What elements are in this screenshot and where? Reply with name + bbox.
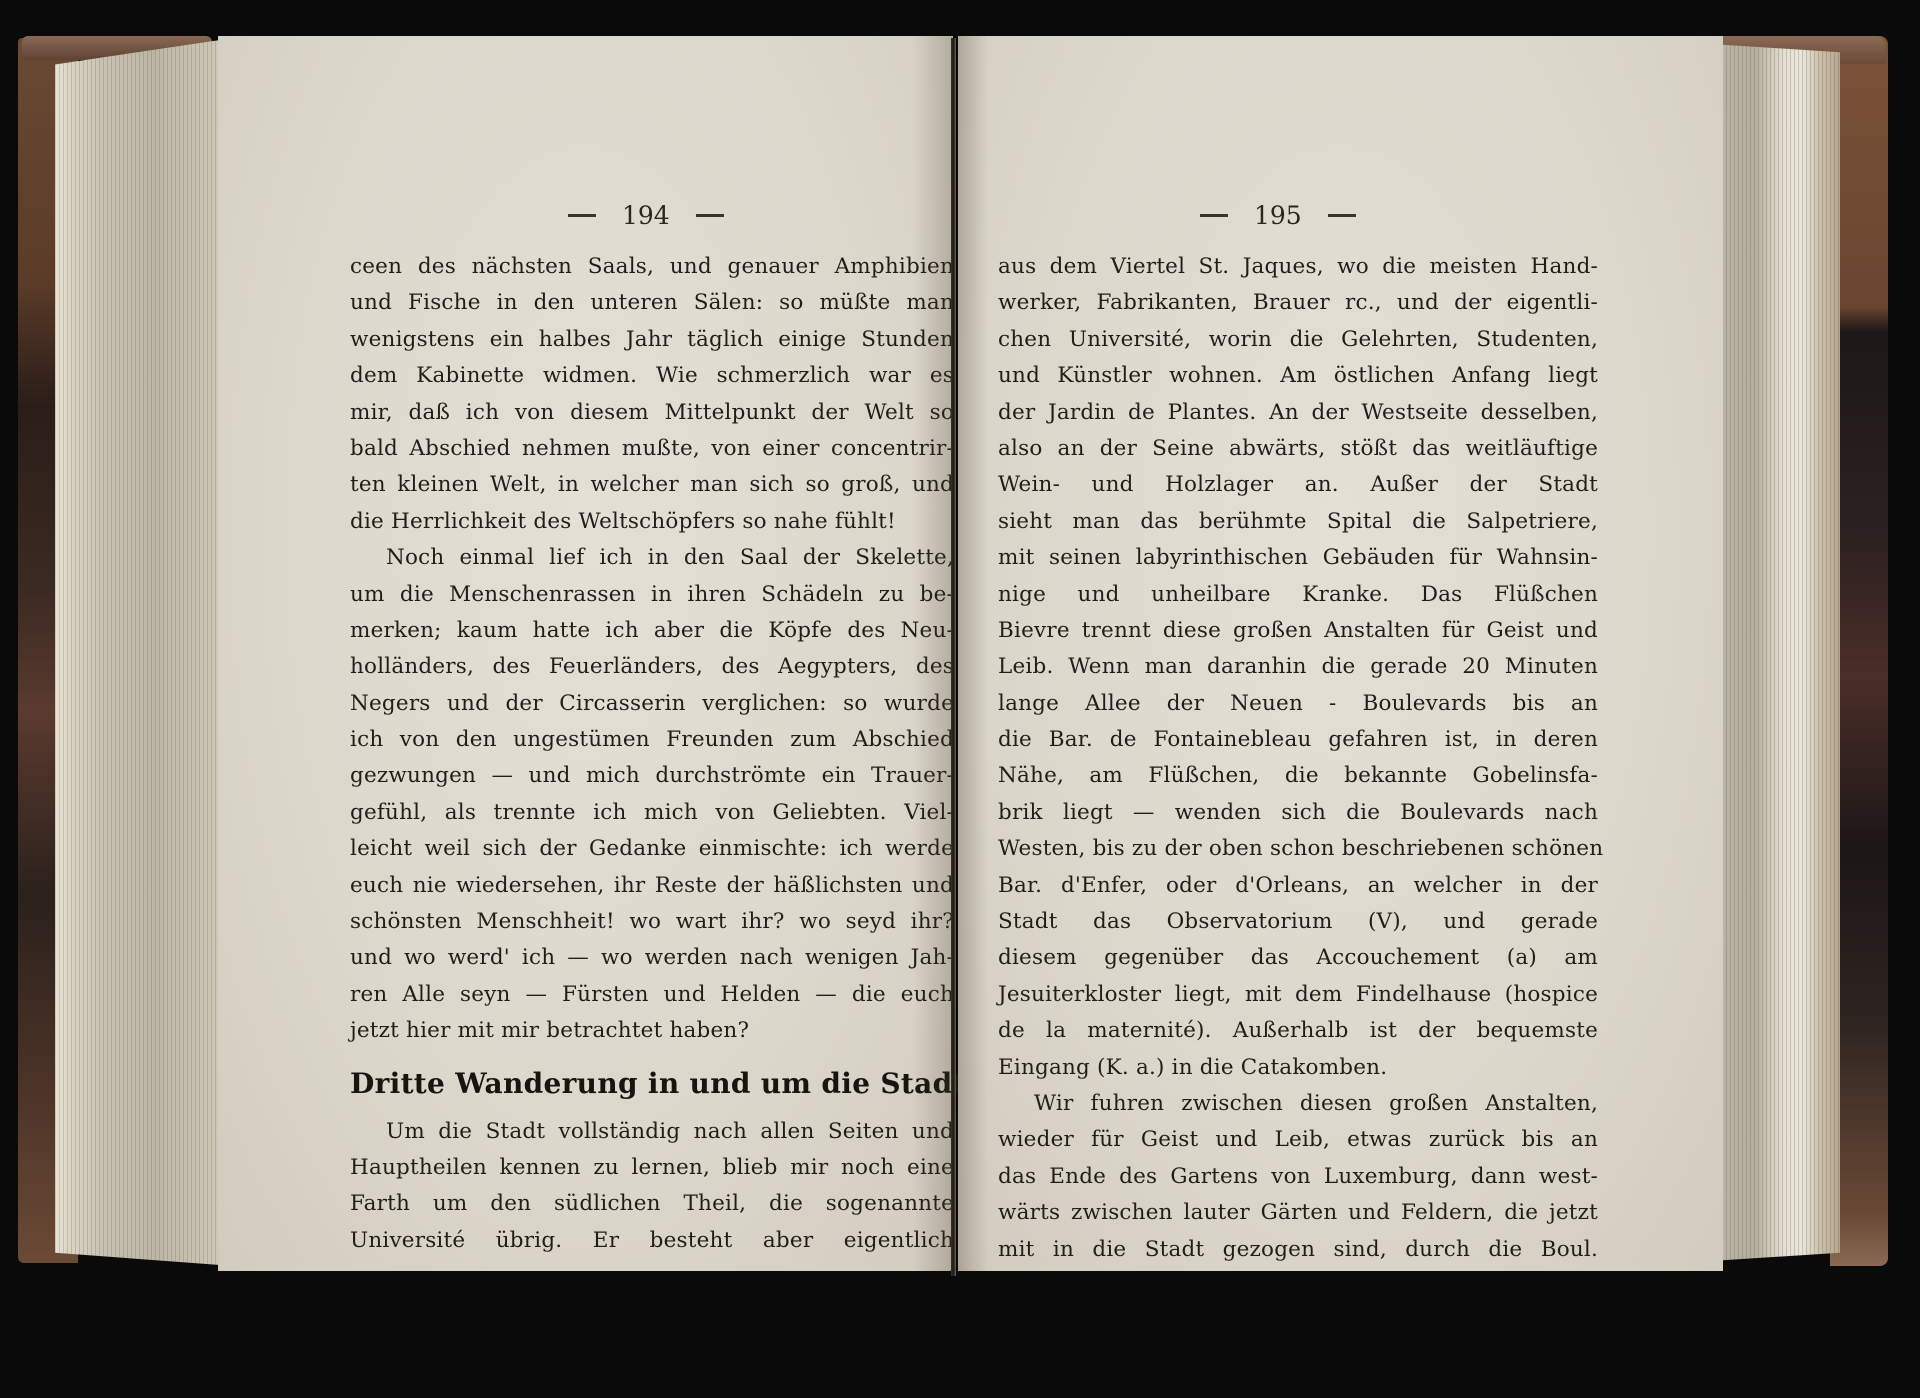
left-page-block-edge: [55, 40, 220, 1265]
text-line: merken; kaum hatte ich aber die Köpfe de…: [350, 613, 954, 649]
text-line: Eingang (K. a.) in die Catakomben.: [998, 1050, 1598, 1086]
book-gutter: [951, 38, 956, 1276]
text-line: gefühl, als trennte ich mich von Geliebt…: [350, 795, 954, 831]
text-line: Westen, bis zu der oben schon beschriebe…: [998, 831, 1598, 867]
text-line: diesem gegenüber das Accouchement (a) am: [998, 940, 1598, 976]
text-line: Nähe, am Flüßchen, die bekannte Gobelins…: [998, 758, 1598, 794]
text-line: brik liegt — wenden sich die Boulevards …: [998, 795, 1598, 831]
text-line: die Bar. de Fontainebleau gefahren ist, …: [998, 722, 1598, 758]
text-line: dem Kabinette widmen. Wie schmerzlich wa…: [350, 358, 954, 394]
page-number: 195: [1254, 201, 1302, 230]
text-line: holländers, des Feuerländers, des Aegypt…: [350, 649, 954, 685]
text-line: Wein- und Holzlager an. Außer der Stadt: [998, 467, 1598, 503]
text-line: und wo werd' ich — wo werden nach wenige…: [350, 940, 954, 976]
text-line: das Ende des Gartens von Luxemburg, dann…: [998, 1159, 1598, 1195]
text-line: Bievre trennt diese großen Anstalten für…: [998, 613, 1598, 649]
text-line: Stadt das Observatorium (V), und gerade: [998, 904, 1598, 940]
open-book: 194 ceen des nächsten Saals, und genauer…: [0, 0, 1920, 1398]
text-line: wenigstens ein halbes Jahr täglich einig…: [350, 322, 954, 358]
left-page: 194 ceen des nächsten Saals, und genauer…: [218, 36, 953, 1271]
paragraph-start-line: Um die Stadt vollständig nach allen Seit…: [350, 1114, 954, 1150]
text-line: die Herrlichkeit des Weltschöpfers so na…: [350, 504, 954, 540]
text-line: mir, daß ich von diesem Mittelpunkt der …: [350, 395, 954, 431]
text-line: gezwungen — und mich durchströmte ein Tr…: [350, 758, 954, 794]
text-line: der Jardin de Plantes. An der Westseite …: [998, 395, 1598, 431]
text-line: Farth um den südlichen Theil, die sogena…: [350, 1186, 954, 1222]
text-line: leicht weil sich der Gedanke einmischte:…: [350, 831, 954, 867]
text-line: ceen des nächsten Saals, und genauer Amp…: [350, 249, 954, 285]
right-page: 195 aus dem Viertel St. Jaques, wo die m…: [958, 36, 1723, 1271]
text-line: euch nie wiedersehen, ihr Reste der häßl…: [350, 868, 954, 904]
text-line: jetzt hier mit mir betrachtet haben?: [350, 1013, 954, 1049]
text-line: ich von den ungestümen Freunden zum Absc…: [350, 722, 954, 758]
page-number: 194: [622, 201, 670, 230]
page-header: 194: [568, 201, 724, 230]
text-line: mit in die Stadt gezogen sind, durch die…: [998, 1232, 1598, 1268]
body-text: aus dem Viertel St. Jaques, wo die meist…: [998, 249, 1598, 1268]
page-header: 195: [1200, 201, 1356, 230]
text-line: chen Université, worin die Gelehrten, St…: [998, 322, 1598, 358]
text-line: und Künstler wohnen. Am östlichen Anfang…: [998, 358, 1598, 394]
text-line: Hauptheilen kennen zu lernen, blieb mir …: [350, 1150, 954, 1186]
text-line: um die Menschenrassen in ihren Schädeln …: [350, 577, 954, 613]
paragraph-start-line: Wir fuhren zwischen diesen großen Anstal…: [998, 1086, 1598, 1122]
header-rule: [568, 214, 596, 217]
text-line: ten kleinen Welt, in welcher man sich so…: [350, 467, 954, 503]
text-line: wärts zwischen lauter Gärten und Feldern…: [998, 1195, 1598, 1231]
text-line: und Fische in den unteren Sälen: so müßt…: [350, 285, 954, 321]
text-line: Negers und der Circasserin verglichen: s…: [350, 686, 954, 722]
text-line: sieht man das berühmte Spital die Salpet…: [998, 504, 1598, 540]
text-line: aus dem Viertel St. Jaques, wo die meist…: [998, 249, 1598, 285]
text-line: Leib. Wenn man daranhin die gerade 20 Mi…: [998, 649, 1598, 685]
body-text: ceen des nächsten Saals, und genauer Amp…: [350, 249, 954, 1259]
text-line: lange Allee der Neuen - Boulevards bis a…: [998, 686, 1598, 722]
text-line: nige und unheilbare Kranke. Das Flüßchen: [998, 577, 1598, 613]
text-line: Bar. d'Enfer, oder d'Orleans, an welcher…: [998, 868, 1598, 904]
section-heading: Dritte Wanderung in und um die Stadt.: [350, 1060, 954, 1108]
text-line: ren Alle seyn — Fürsten und Helden — die…: [350, 977, 954, 1013]
header-rule: [1328, 214, 1356, 217]
text-line: mit seinen labyrinthischen Gebäuden für …: [998, 540, 1598, 576]
text-line: de la maternité). Außerhalb ist der bequ…: [998, 1013, 1598, 1049]
text-line: werker, Fabrikanten, Brauer rc., und der…: [998, 285, 1598, 321]
text-line: schönsten Menschheit! wo wart ihr? wo se…: [350, 904, 954, 940]
header-rule: [696, 214, 724, 217]
text-line: also an der Seine abwärts, stößt das wei…: [998, 431, 1598, 467]
text-line: wieder für Geist und Leib, etwas zurück …: [998, 1122, 1598, 1158]
paragraph-start-line: Noch einmal lief ich in den Saal der Ske…: [350, 540, 954, 576]
header-rule: [1200, 214, 1228, 217]
text-line: bald Abschied nehmen mußte, von einer co…: [350, 431, 954, 467]
text-line: Université übrig. Er besteht aber eigent…: [350, 1223, 954, 1259]
text-line: Jesuiterkloster liegt, mit dem Findelhau…: [998, 977, 1598, 1013]
